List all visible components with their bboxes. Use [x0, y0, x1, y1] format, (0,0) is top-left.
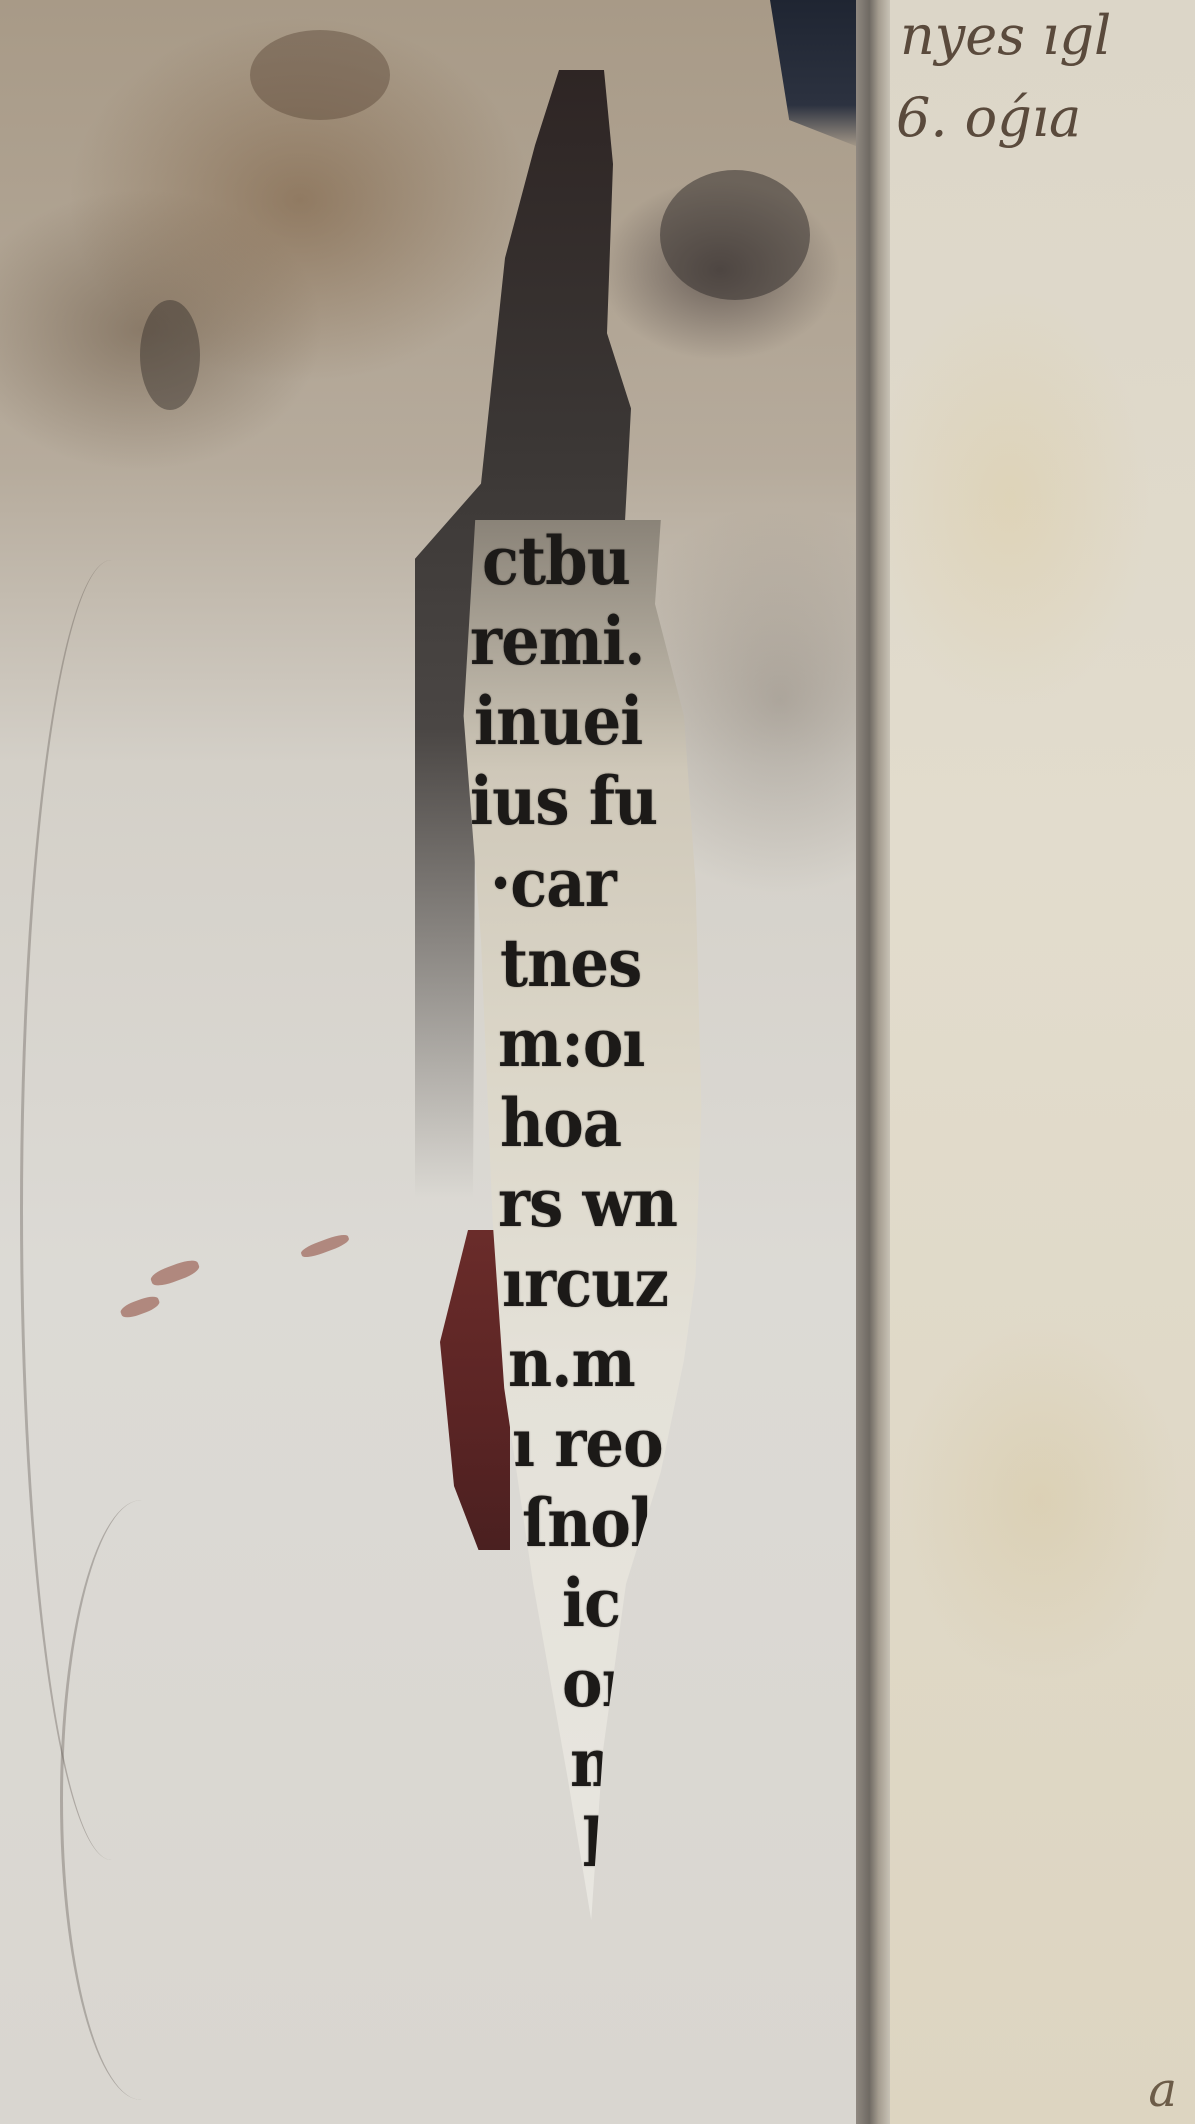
marginal-note: 6. oǵıa	[896, 86, 1081, 149]
marginal-note: nyes ıgl	[900, 4, 1111, 67]
fragment-line: hoa	[500, 1090, 621, 1156]
fragment-line: m:oı	[498, 1010, 645, 1076]
fragment-line: ı reo	[512, 1410, 663, 1476]
fragment-line: ius fu	[470, 768, 657, 834]
water-stain	[250, 30, 390, 120]
book-gutter	[856, 0, 894, 2124]
fragment-line: ic	[562, 1570, 620, 1636]
marginal-glyph: a	[1148, 2062, 1177, 2118]
fragment-line: tnes	[500, 930, 641, 996]
fragment-line: inuei	[474, 688, 642, 754]
manuscript-photo: ctbu remi. inuei ius fu ·car tnes m:oı h…	[0, 0, 1195, 2124]
fragment-line: ·car	[490, 850, 616, 916]
fragment-line: ctbu	[482, 528, 630, 594]
rust-stain	[299, 1232, 350, 1260]
water-stain	[660, 170, 810, 300]
fragment-line: ſnol	[522, 1490, 652, 1556]
fragment-line: n.m	[508, 1330, 635, 1396]
facing-page: nyes ıgl 6. oǵıa a	[890, 0, 1195, 2124]
fragment-line: rs wn	[498, 1170, 677, 1236]
fragment-line: ırcuz	[502, 1250, 668, 1316]
fragment-line: remi.	[470, 608, 644, 674]
parchment-crease	[60, 1500, 223, 2100]
water-stain	[140, 300, 200, 410]
